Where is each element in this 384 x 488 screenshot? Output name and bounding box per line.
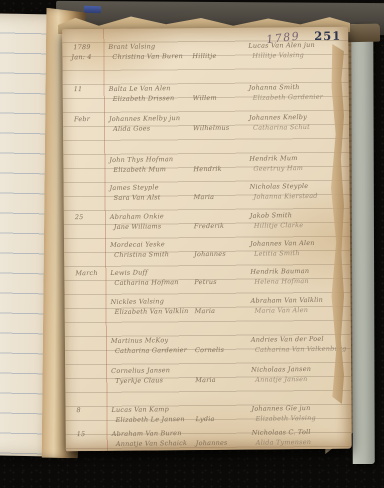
entry-parent-2: Jane Williams bbox=[114, 222, 162, 231]
entry-witness-1: Johanna Smith bbox=[249, 83, 300, 92]
entry-parent-1: Lucas Van Kamp bbox=[111, 405, 169, 414]
entry-witness-2: Catharina Schut bbox=[253, 123, 310, 132]
entry-child-name: Wilhelmus bbox=[193, 124, 229, 133]
entry-witness-2: Alida Tymensen bbox=[256, 438, 311, 447]
entry-parent-2: Elizabeth Drissen bbox=[113, 94, 175, 103]
entry-date: 11 bbox=[74, 85, 83, 93]
entry-witness-2: Elizabeth Valsing bbox=[256, 414, 316, 423]
entry-child-name: Willem bbox=[193, 94, 217, 102]
entry-parent-2: Christina Van Buren bbox=[112, 52, 183, 61]
entry-witness-1: Abraham Van Valklin bbox=[250, 296, 323, 305]
entry-witness-2: Geertruy Ham bbox=[253, 164, 303, 173]
register-entry-row: Martinus McKoy Catharina Gardenier Corne… bbox=[65, 335, 351, 361]
entry-witness-2: Hillitje Valsing bbox=[252, 51, 304, 60]
register-entry-row: Febr Johannes Knelby jun Alida Goes Wilh… bbox=[63, 113, 349, 139]
entry-parent-1: Lewis Duff bbox=[110, 268, 148, 277]
entry-parent-1: John Thys Hofman bbox=[109, 155, 173, 164]
entry-witness-1: Hendrik Mum bbox=[249, 154, 297, 163]
entry-child-name: Johannes bbox=[194, 250, 226, 258]
entry-date: 25 bbox=[75, 213, 84, 221]
entry-witness-1: Johannes Gie jun bbox=[251, 404, 310, 413]
book-cover-edge bbox=[351, 24, 375, 464]
ledger-photo-scene: 1789 251 1789 Jan: 4 Brant Valsing Chris… bbox=[0, 0, 384, 488]
register-entry-row: John Thys Hofman Elizabeth Mum Hendrik H… bbox=[63, 154, 349, 180]
entry-witness-1: Andries Van der Poel bbox=[251, 335, 324, 344]
entry-parent-1: Martinus McKoy bbox=[111, 336, 169, 345]
entry-witness-1: Jakob Smith bbox=[250, 211, 292, 220]
register-entry-row: Mordecai Yeske Christina Smith Johannes … bbox=[64, 239, 350, 265]
blue-bookmark-tab bbox=[84, 6, 101, 13]
entry-witness-1: Nicholaas C. Toll bbox=[252, 428, 311, 437]
entry-witness-2: Letitia Smith bbox=[254, 249, 300, 258]
entry-parent-2: Elizabeth Van Valklin bbox=[115, 307, 189, 316]
entry-witness-1: Nicholaas Jansen bbox=[251, 365, 311, 374]
register-entry-row: 1789 Jan: 4 Brant Valsing Christina Van … bbox=[62, 41, 348, 67]
register-page: 1789 251 1789 Jan: 4 Brant Valsing Chris… bbox=[62, 27, 352, 451]
entry-parent-2: Elizabeth Le Jansen bbox=[116, 415, 185, 424]
entry-child-name: Maria bbox=[195, 376, 216, 384]
entry-parent-1: Johannes Knelby jun bbox=[109, 114, 180, 123]
entry-parent-2: Elizabeth Mum bbox=[113, 165, 166, 174]
entry-child-name: Cornelis bbox=[195, 346, 224, 354]
entry-parent-1: Cornelius Jansen bbox=[111, 366, 170, 375]
entry-parent-1: Balta Le Van Alen bbox=[109, 84, 171, 93]
register-entry-row: Nickles Valsing Elizabeth Van Valklin Ma… bbox=[65, 296, 351, 322]
register-entry-row: James Steyple Sara Van Alst Maria Nichol… bbox=[64, 182, 350, 208]
entry-parent-2: Annatje Van Schaick bbox=[116, 439, 187, 448]
entry-witness-1: Lucas Van Alen jun bbox=[248, 41, 315, 50]
entry-child-name: Hillitje bbox=[192, 52, 216, 60]
entry-parent-1: Abraham Onkie bbox=[110, 212, 164, 221]
entry-child-name: Maria bbox=[194, 193, 215, 201]
entry-child-name: Maria bbox=[195, 307, 216, 315]
entry-witness-2: Helena Hofman bbox=[254, 277, 308, 286]
entry-witness-1: Johannes Van Alen bbox=[250, 239, 315, 248]
entry-date: 15 bbox=[77, 430, 86, 438]
register-entry-row: 11 Balta Le Van Alen Elizabeth Drissen W… bbox=[63, 83, 349, 109]
entry-date: 8 bbox=[76, 406, 80, 414]
entry-parent-1: James Steyple bbox=[109, 183, 158, 192]
register-entry-row: March Lewis Duff Catharina Hofman Petrus… bbox=[64, 267, 350, 293]
entry-child-name: Lydia bbox=[196, 415, 215, 423]
entry-parent-2: Sara Van Alst bbox=[114, 193, 161, 202]
entry-witness-2: Hillitje Clarke bbox=[254, 221, 303, 230]
entry-witness-1: Hendrik Bauman bbox=[250, 267, 309, 276]
entry-witness-2: Catharina Van Valkenburg bbox=[255, 345, 347, 354]
entry-date: March bbox=[75, 269, 98, 277]
entry-parent-2: Catharina Hofman bbox=[114, 278, 178, 287]
entry-parent-2: Alida Goes bbox=[113, 124, 150, 133]
entry-date: Febr bbox=[74, 115, 90, 123]
entry-date: 1789 bbox=[73, 43, 90, 51]
entry-parent-1: Nickles Valsing bbox=[110, 297, 164, 306]
entry-parent-2: Christina Smith bbox=[114, 250, 169, 259]
entry-parent-2: Tyerkje Claus bbox=[115, 376, 163, 385]
register-entry-row: 25 Abraham Onkie Jane Williams Frederik … bbox=[64, 211, 350, 237]
entry-witness-2: Maria Van Alen bbox=[255, 306, 309, 315]
entry-parent-2: Catharina Gardenier bbox=[115, 346, 187, 355]
entry-child-name: Petrus bbox=[194, 278, 216, 286]
entry-child-name: Johannes bbox=[196, 439, 228, 447]
entry-witness-2: Annatje Jansen bbox=[255, 375, 307, 384]
entry-parent-1: Mordecai Yeske bbox=[110, 240, 165, 249]
register-entry-row: 8 Lucas Van Kamp Elizabeth Le Jansen Lyd… bbox=[65, 404, 351, 430]
entry-witness-2: Johanna Kierstead bbox=[254, 192, 318, 201]
register-entry-row: 15 Abraham Van Buren Annatje Van Schaick… bbox=[66, 428, 352, 454]
entry-parent-1: Brant Valsing bbox=[108, 42, 155, 51]
entry-child-name: Hendrik bbox=[193, 165, 221, 173]
entry-date-line2: Jan: 4 bbox=[71, 53, 91, 61]
register-entry-row: Cornelius Jansen Tyerkje Claus Maria Nic… bbox=[65, 365, 351, 391]
entry-child-name: Frederik bbox=[194, 222, 224, 230]
entry-witness-2: Elizabeth Gardenier bbox=[253, 93, 323, 102]
entry-witness-1: Nicholas Steyple bbox=[249, 182, 308, 191]
entry-parent-1: Abraham Van Buren bbox=[112, 429, 182, 438]
entry-witness-1: Johannes Knelby bbox=[249, 113, 307, 122]
